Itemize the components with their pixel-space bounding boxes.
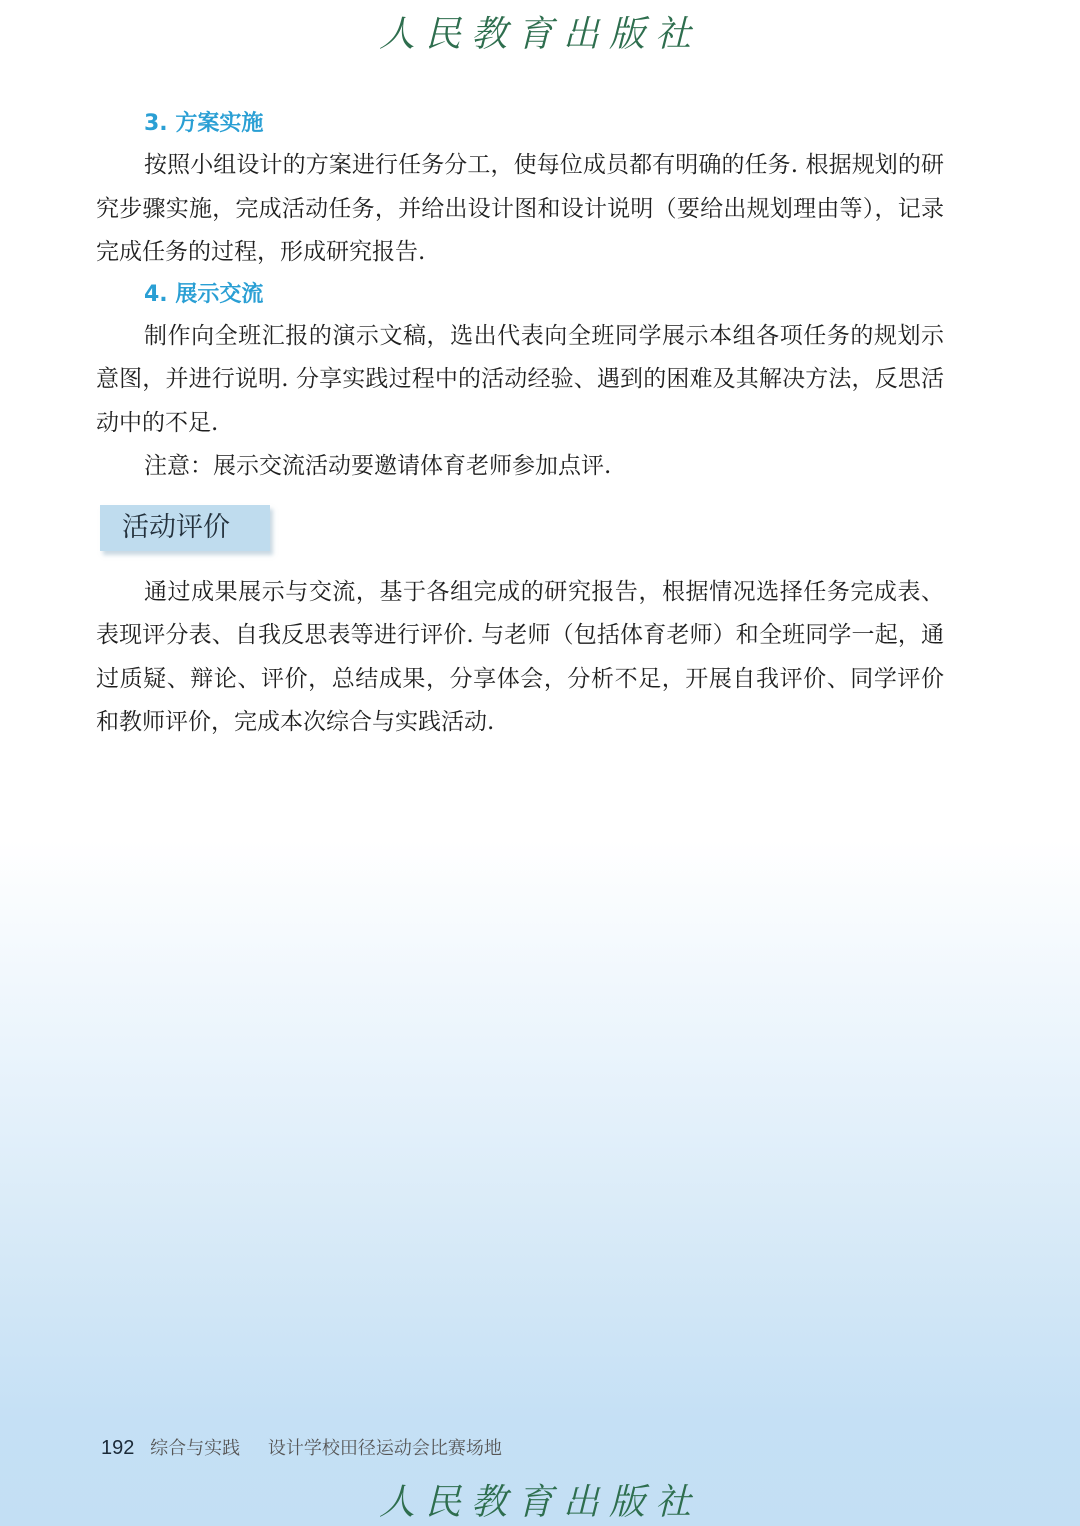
page-footer: 192 综合与实践 设计学校田径运动会比赛场地 <box>101 1434 502 1460</box>
paragraph-evaluation: 通过成果展示与交流，基于各组完成的研究报告，根据情况选择任务完成表、表现评分表、… <box>96 571 944 745</box>
paragraph-implementation: 按照小组设计的方案进行任务分工，使每位成员都有明确的任务. 根据规划的研究步骤实… <box>96 144 944 275</box>
section-heading-implementation: 3. 方案实施 <box>96 104 944 144</box>
paragraph-note: 注意：展示交流活动要邀请体育老师参加点评. <box>96 445 944 489</box>
publisher-logo-top: 人民教育出版社 <box>0 6 1080 57</box>
topic-name: 设计学校田径运动会比赛场地 <box>268 1438 502 1459</box>
page-number: 192 <box>101 1437 134 1459</box>
publisher-logo-bottom: 人民教育出版社 <box>0 1474 1080 1525</box>
evaluation-title: 活动评价 <box>122 509 230 547</box>
paragraph-presentation: 制作向全班汇报的演示文稿，选出代表向全班同学展示本组各项任务的规划示意图，并进行… <box>96 315 944 446</box>
chapter-name: 综合与实践 <box>150 1438 240 1459</box>
section-heading-presentation: 4. 展示交流 <box>96 275 944 315</box>
evaluation-banner: 活动评价 <box>100 505 270 551</box>
page-content: 3. 方案实施 按照小组设计的方案进行任务分工，使每位成员都有明确的任务. 根据… <box>96 104 944 745</box>
